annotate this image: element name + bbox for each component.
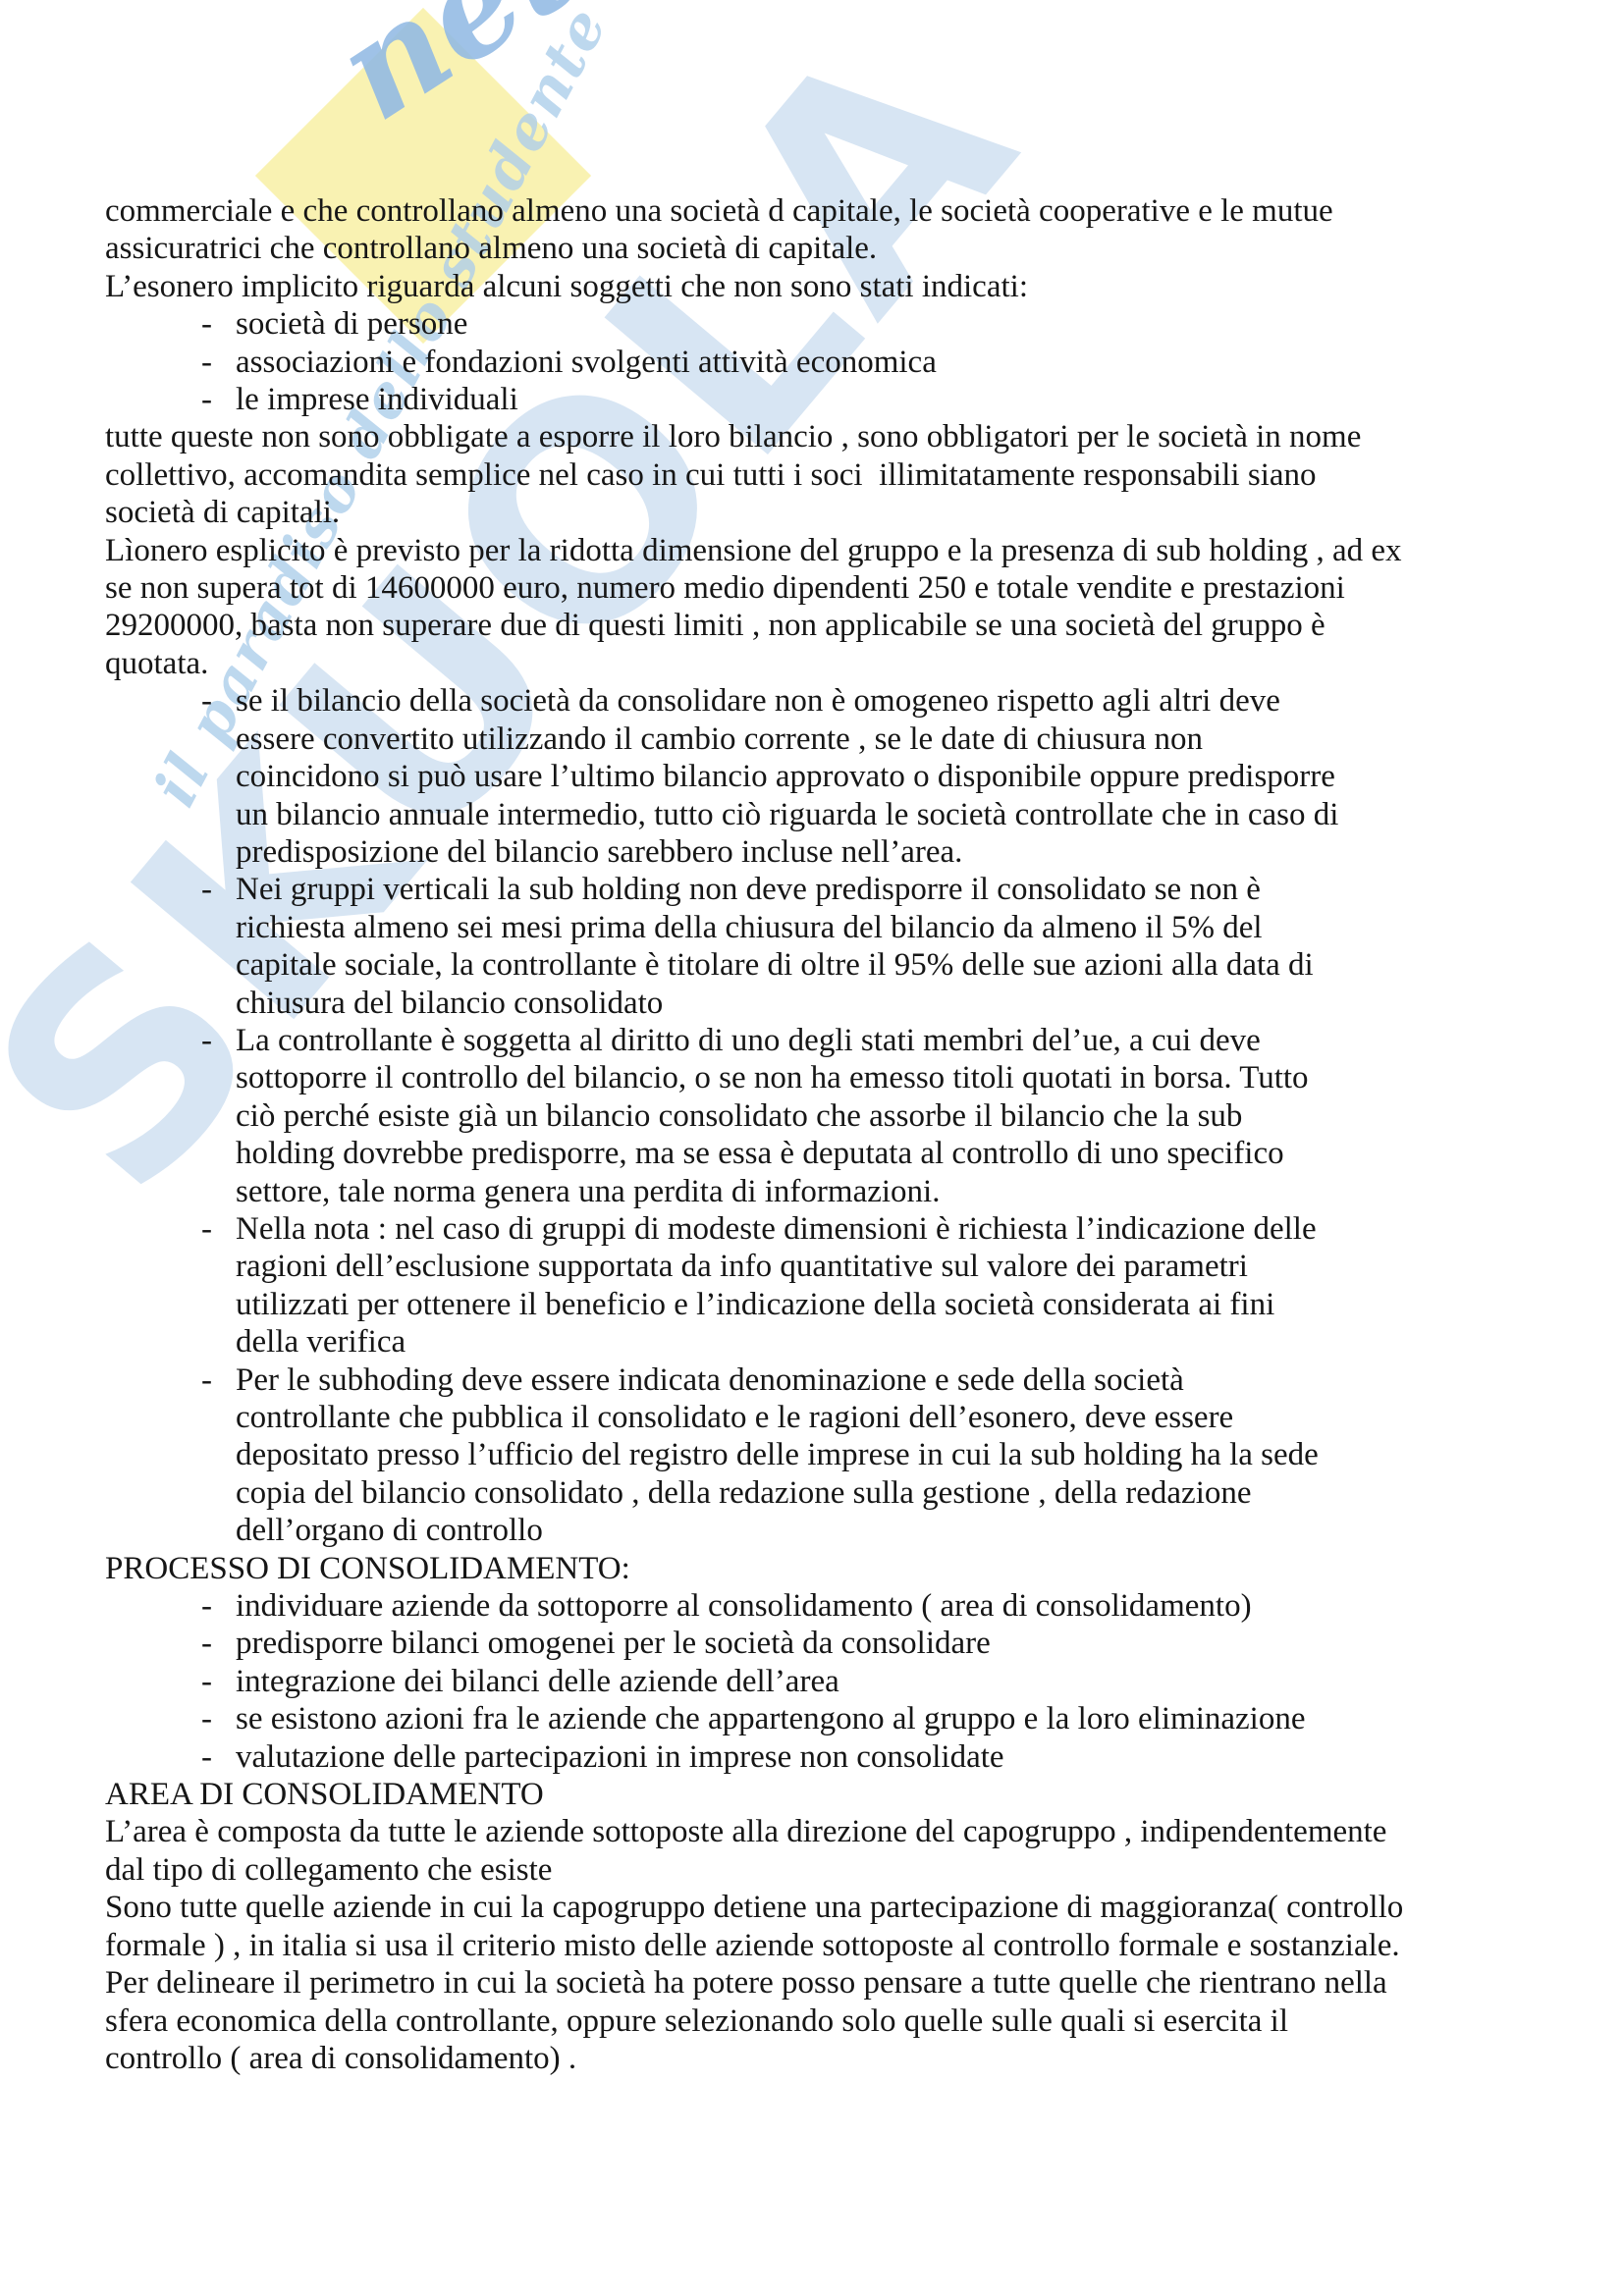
list-item-text: chiusura del bilancio consolidato [236, 985, 1548, 1022]
list-item-text: integrazione dei bilanci delle aziende d… [236, 1663, 1548, 1700]
document-content: commerciale e che controllano almeno una… [105, 192, 1548, 2077]
list-item-text: dell’organo di controllo [236, 1512, 1548, 1549]
list-item: -La controllante è soggetta al diritto d… [105, 1022, 1548, 1210]
bullet-dash: - [201, 1663, 212, 1700]
heading-text: AREA DI CONSOLIDAMENTO [105, 1776, 1548, 1813]
bullet-dash: - [201, 682, 212, 720]
list-item-first-line: -associazioni e fondazioni svolgenti att… [105, 344, 1548, 381]
scanned-document-page: SKUOLA net il paradiso dello studente co… [0, 0, 1623, 2296]
bullet-dash: - [201, 381, 212, 418]
list-item: -società di persone [105, 305, 1548, 343]
bullet-dash: - [201, 344, 212, 381]
list-item: -integrazione dei bilanci delle aziende … [105, 1663, 1548, 1700]
list-item-first-line: -integrazione dei bilanci delle aziende … [105, 1663, 1548, 1700]
bullet-dash: - [201, 871, 212, 908]
paragraph-line: L’esonero implicito riguarda alcuni sogg… [105, 268, 1548, 305]
list-item-text: valutazione delle partecipazioni in impr… [236, 1738, 1548, 1776]
heading-text: PROCESSO DI CONSOLIDAMENTO: [105, 1550, 1548, 1587]
paragraph-line: controllo ( area di consolidamento) . [105, 2040, 1548, 2077]
paragraph-line: se non supera tot di 14600000 euro, nume… [105, 569, 1548, 607]
list-item-text: copia del bilancio consolidato , della r… [236, 1474, 1548, 1512]
list-item-text: individuare aziende da sottoporre al con… [236, 1587, 1548, 1625]
list-item: -se il bilancio della società da consoli… [105, 682, 1548, 871]
bullet-dash: - [201, 1587, 212, 1625]
bullet-dash: - [201, 1625, 212, 1662]
list-item: -le imprese individuali [105, 381, 1548, 418]
list-item-text: Nei gruppi verticali la sub holding non … [236, 871, 1548, 908]
section-heading: PROCESSO DI CONSOLIDAMENTO: [105, 1550, 1548, 1587]
list-item-first-line: -se esistono azioni fra le aziende che a… [105, 1700, 1548, 1737]
list-item: -valutazione delle partecipazioni in imp… [105, 1738, 1548, 1776]
list-item-text: coincidono si può usare l’ultimo bilanci… [236, 758, 1548, 795]
bullet-dash: - [201, 305, 212, 343]
bullet-dash: - [201, 1210, 212, 1248]
paragraph-line: commerciale e che controllano almeno una… [105, 192, 1548, 230]
list-item-first-line: -La controllante è soggetta al diritto d… [105, 1022, 1548, 1059]
paragraph-line: Per delineare il perimetro in cui la soc… [105, 1964, 1548, 2002]
bullet-list: -se il bilancio della società da consoli… [105, 682, 1548, 1549]
list-item-first-line: -società di persone [105, 305, 1548, 343]
list-item: -predisporre bilanci omogenei per le soc… [105, 1625, 1548, 1662]
list-item-text: depositato presso l’ufficio del registro… [236, 1436, 1548, 1473]
watermark-net-script: net [316, 0, 597, 141]
list-item: -Nella nota : nel caso di gruppi di mode… [105, 1210, 1548, 1362]
list-item: -se esistono azioni fra le aziende che a… [105, 1700, 1548, 1737]
bullet-dash: - [201, 1738, 212, 1776]
list-item: -Nei gruppi verticali la sub holding non… [105, 871, 1548, 1022]
list-item-text: capitale sociale, la controllante è tito… [236, 946, 1548, 984]
list-item-first-line: -predisporre bilanci omogenei per le soc… [105, 1625, 1548, 1662]
list-item-text: se il bilancio della società da consolid… [236, 682, 1548, 720]
list-item-first-line: -individuare aziende da sottoporre al co… [105, 1587, 1548, 1625]
paragraph-line: assicuratrici che controllano almeno una… [105, 230, 1548, 267]
paragraph: Sono tutte quelle aziende in cui la capo… [105, 1889, 1548, 2077]
list-item-text: se esistono azioni fra le aziende che ap… [236, 1700, 1548, 1737]
list-item-text: controllante che pubblica il consolidato… [236, 1399, 1548, 1436]
list-item-first-line: -valutazione delle partecipazioni in imp… [105, 1738, 1548, 1776]
list-item-text: Nella nota : nel caso di gruppi di modes… [236, 1210, 1548, 1248]
bullet-dash: - [201, 1362, 212, 1399]
list-item-text: richiesta almeno sei mesi prima della ch… [236, 909, 1548, 946]
list-item-text: La controllante è soggetta al diritto di… [236, 1022, 1548, 1059]
paragraph-line: dal tipo di collegamento che esiste [105, 1851, 1548, 1889]
list-item-first-line: -Nei gruppi verticali la sub holding non… [105, 871, 1548, 908]
list-item-text: società di persone [236, 305, 1548, 343]
list-item-text: ragioni dell’esclusione supportata da in… [236, 1248, 1548, 1285]
list-item-text: associazioni e fondazioni svolgenti atti… [236, 344, 1548, 381]
paragraph-line: L’area è composta da tutte le aziende so… [105, 1813, 1548, 1850]
paragraph: commerciale e che controllano almeno una… [105, 192, 1548, 305]
list-item-text: le imprese individuali [236, 381, 1548, 418]
list-item: -Per le subhoding deve essere indicata d… [105, 1362, 1548, 1550]
list-item-first-line: -le imprese individuali [105, 381, 1548, 418]
paragraph-line: quotata. [105, 645, 1548, 682]
bullet-list: -individuare aziende da sottoporre al co… [105, 1587, 1548, 1776]
list-item-text: predisposizione del bilancio sarebbero i… [236, 833, 1548, 871]
paragraph: L’area è composta da tutte le aziende so… [105, 1813, 1548, 1889]
list-item-first-line: -Nella nota : nel caso di gruppi di mode… [105, 1210, 1548, 1248]
list-item-text: predisporre bilanci omogenei per le soci… [236, 1625, 1548, 1662]
list-item: -associazioni e fondazioni svolgenti att… [105, 344, 1548, 381]
list-item-first-line: -se il bilancio della società da consoli… [105, 682, 1548, 720]
list-item-text: Per le subhoding deve essere indicata de… [236, 1362, 1548, 1399]
paragraph-line: Lìonero esplicito è previsto per la rido… [105, 532, 1548, 569]
bullet-dash: - [201, 1700, 212, 1737]
list-item-first-line: -Per le subhoding deve essere indicata d… [105, 1362, 1548, 1399]
paragraph: tutte queste non sono obbligate a esporr… [105, 418, 1548, 531]
list-item-text: un bilancio annuale intermedio, tutto ci… [236, 796, 1548, 833]
paragraph-line: collettivo, accomandita semplice nel cas… [105, 456, 1548, 494]
list-item-text: holding dovrebbe predisporre, ma se essa… [236, 1135, 1548, 1172]
list-item-text: utilizzati per ottenere il beneficio e l… [236, 1286, 1548, 1323]
paragraph-line: 29200000, basta non superare due di ques… [105, 607, 1548, 644]
list-item-text: ciò perché esiste già un bilancio consol… [236, 1097, 1548, 1135]
paragraph-line: sfera economica della controllante, oppu… [105, 2002, 1548, 2040]
paragraph: Lìonero esplicito è previsto per la rido… [105, 532, 1548, 683]
list-item: -individuare aziende da sottoporre al co… [105, 1587, 1548, 1625]
bullet-list: -società di persone-associazioni e fonda… [105, 305, 1548, 418]
paragraph-line: società di capitali. [105, 494, 1548, 531]
list-item-text: sottoporre il controllo del bilancio, o … [236, 1059, 1548, 1096]
list-item-text: della verifica [236, 1323, 1548, 1361]
list-item-text: essere convertito utilizzando il cambio … [236, 721, 1548, 758]
paragraph-line: tutte queste non sono obbligate a esporr… [105, 418, 1548, 455]
bullet-dash: - [201, 1022, 212, 1059]
section-heading: AREA DI CONSOLIDAMENTO [105, 1776, 1548, 1813]
list-item-text: settore, tale norma genera una perdita d… [236, 1173, 1548, 1210]
paragraph-line: Sono tutte quelle aziende in cui la capo… [105, 1889, 1548, 1926]
paragraph-line: formale ) , in italia si usa il criterio… [105, 1927, 1548, 1964]
